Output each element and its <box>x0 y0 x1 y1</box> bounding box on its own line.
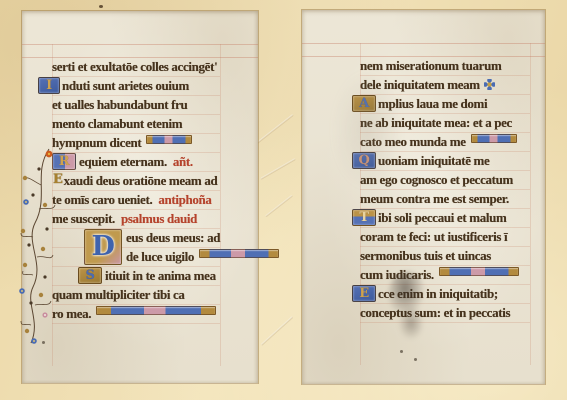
mat-speck <box>99 5 103 8</box>
manuscript-line: hympnum dicent <box>52 133 192 152</box>
manuscript-line: Sitiuit in te anima mea <box>52 266 216 285</box>
ruling-line <box>22 44 258 45</box>
manuscript-line: nem miserationum tuarum <box>360 56 501 75</box>
line-text: ibi soli peccaui et malum <box>378 210 506 225</box>
line-text: sermonibus tuis et uincas <box>360 248 491 263</box>
manuscript-leaf-left: serti et exultatōe colles accingēt'Indut… <box>22 11 258 383</box>
ruling-line <box>360 322 530 323</box>
line-text: meum contra me est semper. <box>360 191 509 206</box>
line-text: serti et exultatōe colles accingēt' <box>52 59 217 74</box>
manuscript-line: conceptus sum: et in peccatis <box>360 303 510 322</box>
manuscript-line: me suscepit.psalmus dauid <box>52 209 197 228</box>
rubric-text: añt. <box>173 154 193 169</box>
line-filler-ornament <box>439 267 519 276</box>
window-mat: serti et exultatōe colles accingēt'Indut… <box>0 0 567 400</box>
mat-crease <box>256 114 293 144</box>
ink-speck <box>414 358 417 361</box>
illuminated-initial: S <box>78 267 102 284</box>
line-text: conceptus sum: et in peccatis <box>360 305 510 320</box>
illuminated-initial: I <box>38 77 60 94</box>
line-filler-ornament <box>96 306 216 315</box>
manuscript-line: serti et exultatōe colles accingēt' <box>52 57 217 76</box>
manuscript-line: ro mea. <box>52 304 216 323</box>
line-text: eus deus meus: ad <box>126 230 220 245</box>
rubric-text: antiphoña <box>158 192 211 207</box>
manuscript-line: te omīs caro ueniet.antiphoña <box>52 190 212 209</box>
mat-crease <box>261 316 294 346</box>
manuscript-line: cum iudicaris. <box>360 265 519 284</box>
illuminated-initial: T <box>352 209 376 226</box>
line-filler-ornament <box>199 249 279 258</box>
manuscript-line: Deus deus meus: ad <box>52 228 220 247</box>
ink-speck <box>42 341 45 344</box>
line-text: te omīs caro ueniet. <box>52 192 152 207</box>
mat-crease <box>265 195 293 218</box>
manuscript-line: Induti sunt arietes ouium <box>52 76 189 95</box>
ink-smudge <box>398 306 424 340</box>
illuminated-initial: E <box>52 172 64 189</box>
manuscript-line: Ecce enim in iniquitatib; <box>360 284 498 303</box>
line-text: de luce uigilo <box>126 249 194 264</box>
line-text: me suscepit. <box>52 211 115 226</box>
line-text: hympnum dicent <box>52 135 141 150</box>
line-text: quam multipliciter tibi ca <box>52 287 185 302</box>
manuscript-leaf-right: nem miserationum tuarumdele iniquitatem … <box>302 10 545 384</box>
rubric-text: psalmus dauid <box>121 211 197 226</box>
manuscript-line: coram te feci: ut iustificeris ī <box>360 227 507 246</box>
line-text: xaudi deus oratiōne meam ad <box>64 173 218 188</box>
line-text: equiem eternam. <box>79 154 167 169</box>
line-text: itiuit in te anima mea <box>105 268 216 283</box>
manuscript-line: mento clamabunt etenim <box>52 114 182 133</box>
manuscript-line: Tibi soli peccaui et malum <box>360 208 506 227</box>
line-filler-ornament <box>471 134 517 143</box>
illuminated-initial: D <box>84 229 122 265</box>
ruling-line-vertical <box>220 44 221 366</box>
line-text: nduti sunt arietes ouium <box>62 78 189 93</box>
illuminated-initial: E <box>352 285 376 302</box>
flower-ornament <box>484 79 495 90</box>
line-text: nem miserationum tuarum <box>360 58 501 73</box>
mat-crease <box>260 158 296 180</box>
ruling-line <box>302 43 545 44</box>
manuscript-line: sermonibus tuis et uincas <box>360 246 491 265</box>
manuscript-line: Requiem eternam.añt. <box>52 152 193 171</box>
manuscript-line: quam multipliciter tibi ca <box>52 285 185 304</box>
vellum-stain <box>332 70 402 190</box>
manuscript-line: de luce uigilo <box>126 247 279 266</box>
ink-speck <box>400 350 403 353</box>
ruling-line <box>52 323 220 324</box>
illuminated-initial: R <box>52 153 76 170</box>
ruling-line-vertical <box>530 43 531 365</box>
manuscript-line: meum contra me est semper. <box>360 189 509 208</box>
line-text: coram te feci: ut iustificeris ī <box>360 229 507 244</box>
line-text: ro mea. <box>52 306 91 321</box>
line-text: et ualles habundabunt fru <box>52 97 187 112</box>
line-text: mento clamabunt etenim <box>52 116 182 131</box>
manuscript-line: Exaudi deus oratiōne meam ad <box>52 171 217 190</box>
line-filler-ornament <box>146 135 192 144</box>
manuscript-line: et ualles habundabunt fru <box>52 95 187 114</box>
